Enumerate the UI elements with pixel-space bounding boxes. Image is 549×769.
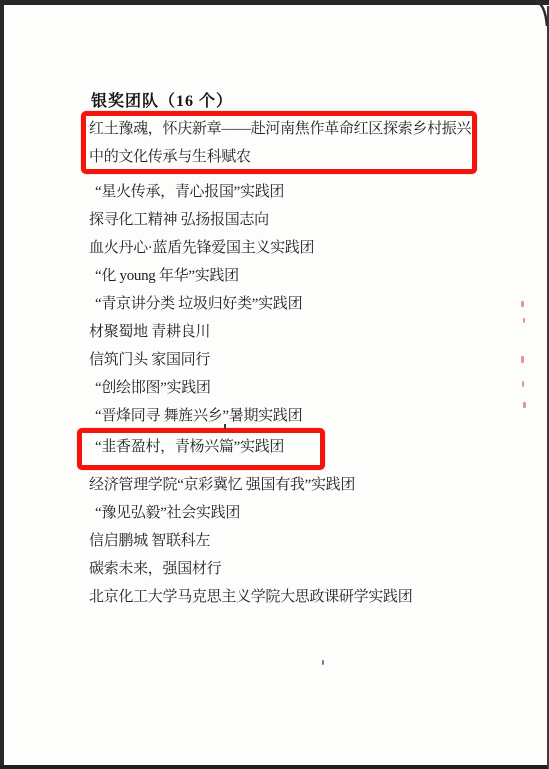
section-heading: 银奖团队（16 个）: [91, 88, 233, 111]
team-line-1a: 红土豫魂，怀庆新章——赴河南焦作革命红区探索乡村振兴: [89, 121, 471, 138]
scanned-document-page: 银奖团队（16 个） 红土豫魂，怀庆新章——赴河南焦作革命红区探索乡村振兴 中的…: [0, 0, 549, 769]
team-line-12: 经济管理学院“京彩冀忆 强国有我”实践团: [89, 477, 355, 494]
team-line-11: “韭香盈村，青杨兴篇”实践团: [89, 439, 284, 456]
team-line-7: 材聚蜀地 青耕良川: [89, 324, 210, 341]
team-line-4: 血火丹心·蓝盾先锋爱国主义实践团: [89, 240, 314, 257]
team-line-6: “青京讲分类 垃圾归好类”实践团: [89, 296, 302, 313]
team-line-15: 碳索未来，强国材行: [89, 561, 221, 578]
scan-edge-left: [0, 0, 4, 769]
scan-edge-top: [0, 0, 549, 5]
team-line-8: 信筑门头 家国同行: [89, 352, 210, 369]
team-line-14: 信启鹏城 智联科左: [89, 533, 210, 550]
bleedthrough-speck: [521, 301, 524, 307]
bleedthrough-speck: [523, 318, 525, 323]
team-line-10: “晋烽同寻 舞旌兴乡”暑期实践团: [89, 408, 302, 425]
bleedthrough-speck: [522, 381, 524, 387]
scan-edge-bottom: [0, 765, 549, 769]
team-line-1b: 中的文化传承与生科赋农: [89, 149, 251, 166]
bleedthrough-speck: [523, 402, 526, 408]
team-line-9: “创绘邯图”实践团: [89, 380, 211, 397]
team-line-5: “化 young 年华”实践团: [89, 268, 239, 285]
team-line-2: “星火传承，青心报国”实践团: [89, 184, 284, 201]
page-curl-artifact: [527, 0, 549, 28]
team-line-3: 探寻化工精神 弘扬报国志向: [89, 212, 269, 229]
bleedthrough-speck: [521, 356, 524, 363]
team-line-13: “豫见弘毅”社会实践团: [89, 505, 240, 522]
team-line-16: 北京化工大学马克思主义学院大思政课研学实践团: [89, 589, 412, 606]
scan-speck: [322, 660, 324, 665]
